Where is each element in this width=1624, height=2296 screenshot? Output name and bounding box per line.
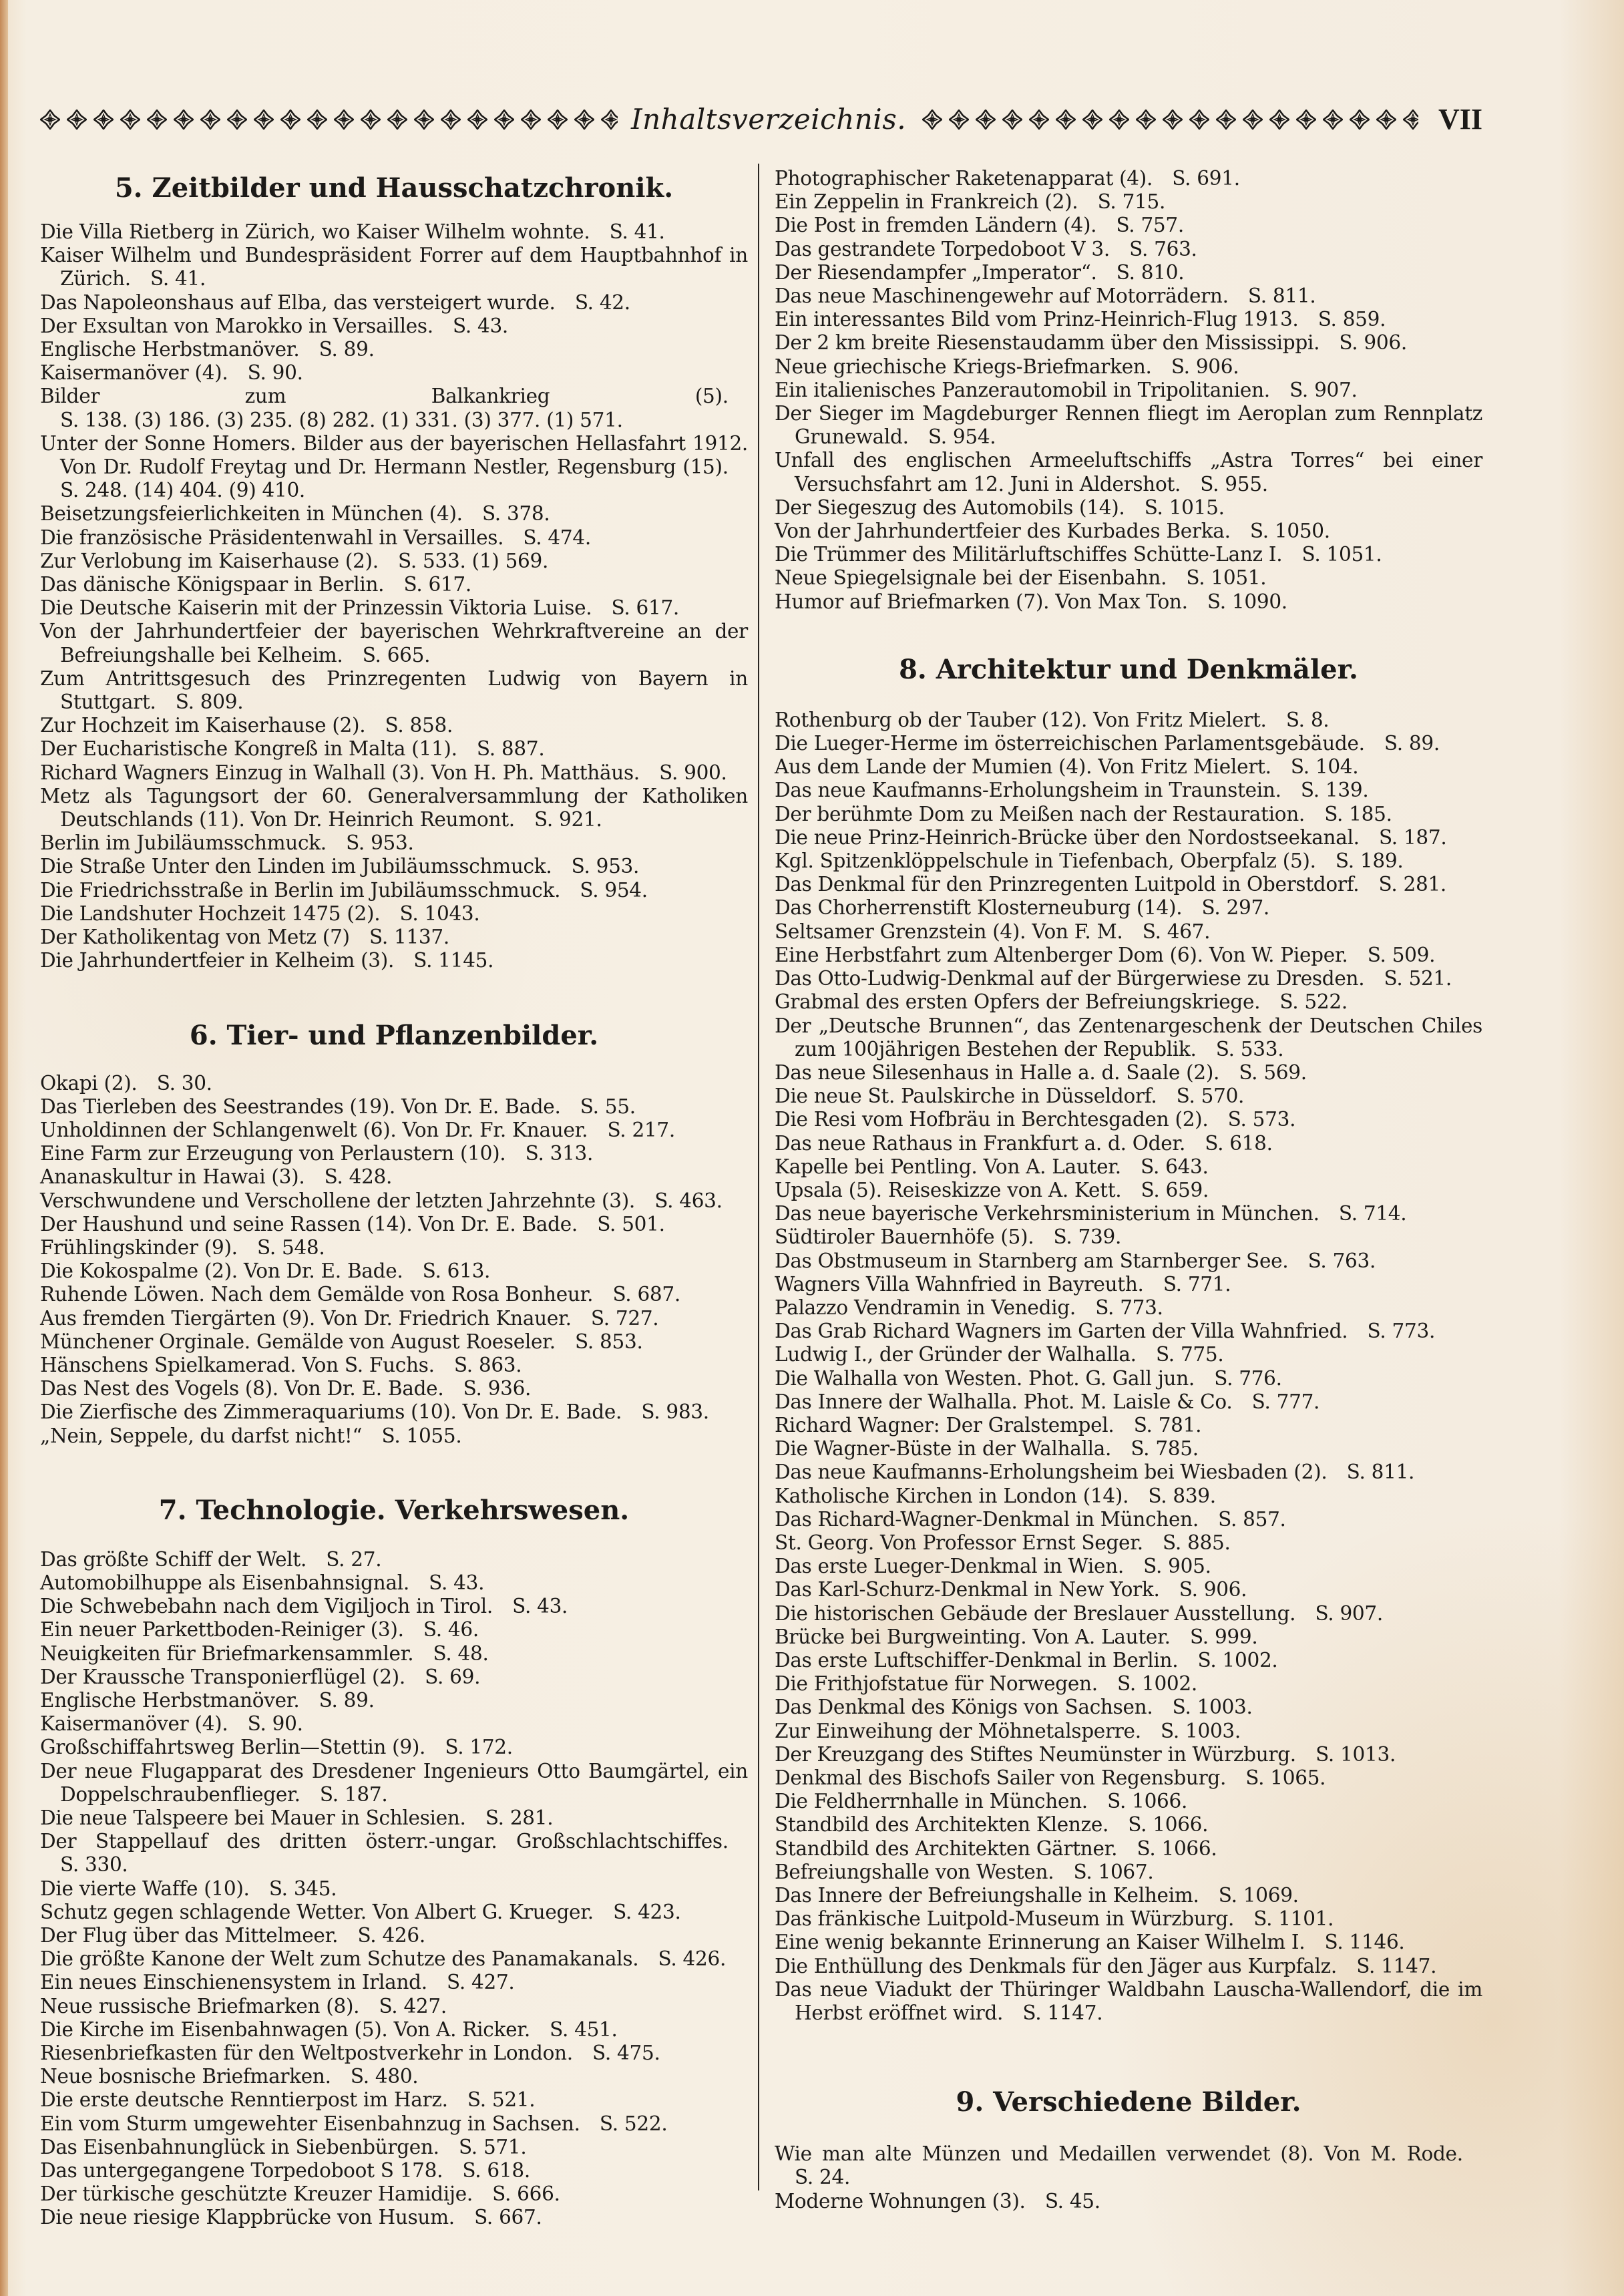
- index-entry: Richard Wagners Einzug in Walhall (3). V…: [40, 761, 748, 785]
- entry-title: Die erste deutsche Renntierpost im Harz.: [40, 2088, 448, 2111]
- entry-page-ref: S. 426.: [357, 1924, 425, 1947]
- index-entry: Das Innere der Befreiungshalle in Kelhei…: [775, 1884, 1482, 1907]
- entry-title: Unfall des englischen Armeeluftschiffs „…: [775, 449, 1482, 495]
- index-entry: Das neue Kaufmanns-Erholungsheim bei Wie…: [775, 1461, 1482, 1484]
- entry-title: Die Walhalla von Westen. Phot. G. Gall j…: [775, 1367, 1195, 1390]
- section-title-5: 5. Zeitbilder und Hausschatzchronik.: [40, 172, 748, 204]
- entry-title: Unter der Sonne Homers. Bilder aus der b…: [40, 432, 748, 478]
- entry-page-ref: S. 715.: [1098, 190, 1166, 213]
- entry-page-ref: S. 936.: [463, 1377, 532, 1400]
- entry-title: Das neue Rathaus in Frankfurt a. d. Oder…: [775, 1132, 1185, 1155]
- index-entry: Richard Wagner: Der Gralstempel. S. 781.: [775, 1414, 1482, 1437]
- index-entry: Ruhende Löwen. Nach dem Gemälde von Rosa…: [40, 1283, 748, 1306]
- right-column: Photographischer Raketenapparat (4). S. …: [775, 167, 1482, 2213]
- entry-title: Das erste Luftschiffer-Denkmal in Berlin…: [775, 1649, 1178, 1672]
- index-entry: Der Katholikentag von Metz (7) S. 1137.: [40, 926, 748, 949]
- entry-title: Seltsamer Grenzstein (4). Von F. M.: [775, 920, 1123, 943]
- index-entry: Neue russische Briefmarken (8). S. 427.: [40, 1995, 748, 2018]
- entry-page-ref: S. 906.: [1339, 331, 1407, 354]
- diamond-ornament-icon: [200, 110, 219, 128]
- entry-page-ref: S. 45.: [1045, 2190, 1100, 2213]
- section-title-7: 7. Technologie. Verkehrswesen.: [40, 1495, 748, 1527]
- entry-page-ref: S. 858.: [385, 714, 453, 737]
- index-entry: Riesenbriefkasten für den Weltpostverkeh…: [40, 2042, 748, 2065]
- entry-title: Katholische Kirchen in London (14).: [775, 1485, 1129, 1507]
- entry-title: Hänschens Spielkamerad. Von S. Fuchs.: [40, 1354, 435, 1376]
- entry-title: Die größte Kanone der Welt zum Schutze d…: [40, 1947, 638, 1970]
- entry-page-ref: S. 954.: [928, 425, 996, 448]
- entry-page-ref: S. 953.: [346, 831, 414, 854]
- entry-title: Das Denkmal des Königs von Sachsen.: [775, 1696, 1153, 1718]
- diamond-ornament-icon: [976, 110, 994, 128]
- index-entry: Die Straße Unter den Linden im Jubiläums…: [40, 855, 748, 878]
- column-divider: [758, 164, 759, 2190]
- entry-title: Die Lueger-Herme im österreichischen Par…: [775, 732, 1365, 755]
- entry-title: Standbild des Architekten Gärtner.: [775, 1837, 1117, 1860]
- entry-title: Grabmal des ersten Opfers der Befreiungs…: [775, 990, 1260, 1013]
- entry-page-ref: S. 281.: [485, 1806, 554, 1829]
- entry-title: Okapi (2).: [40, 1072, 138, 1095]
- entry-page-ref: S. 1051.: [1186, 566, 1266, 589]
- entry-page-ref: S. 187.: [1379, 826, 1447, 849]
- entry-page-ref: S. 90.: [248, 1712, 303, 1735]
- diamond-ornament-icon: [1163, 110, 1181, 128]
- entry-title: Ludwig I., der Gründer der Walhalla.: [775, 1343, 1137, 1366]
- entry-title: Brücke bei Burgweinting. Von A. Lauter.: [775, 1625, 1171, 1648]
- entry-page-ref: S. 885.: [1163, 1531, 1231, 1554]
- entry-title: Verschwundene und Verschollene der letzt…: [40, 1189, 635, 1212]
- section-7-list-continued: Photographischer Raketenapparat (4). S. …: [775, 167, 1482, 614]
- entry-page-ref: S. 1101.: [1253, 1907, 1334, 1930]
- entry-title: Eine Herbstfahrt zum Altenberger Dom (6)…: [775, 944, 1348, 966]
- diamond-ornament-icon: [1376, 110, 1395, 128]
- index-entry: Das neue Rathaus in Frankfurt a. d. Oder…: [775, 1132, 1482, 1155]
- diamond-ornament-icon: [387, 110, 406, 128]
- diamond-ornament-icon: [414, 110, 433, 128]
- entry-title: Das Obstmuseum in Starnberg am Starnberg…: [775, 1250, 1288, 1272]
- entry-title: Die Zierfische des Zimmeraquariums (10).…: [40, 1400, 622, 1423]
- index-entry: Die größte Kanone der Welt zum Schutze d…: [40, 1947, 748, 1971]
- entry-page-ref: S. 89.: [319, 1689, 375, 1712]
- index-entry: Der berühmte Dom zu Meißen nach der Rest…: [775, 803, 1482, 826]
- entry-title: Richard Wagners Einzug in Walhall (3). V…: [40, 761, 640, 784]
- index-entry: Der Haushund und seine Rassen (14). Von …: [40, 1213, 748, 1236]
- entry-page-ref: S. 1002.: [1117, 1672, 1197, 1695]
- entry-page-ref: S. 1043.: [400, 902, 480, 925]
- index-entry: Eine wenig bekannte Erinnerung an Kaiser…: [775, 1931, 1482, 1954]
- entry-page-ref: S. 773.: [1368, 1320, 1436, 1342]
- diamond-ornament-icon: [254, 110, 272, 128]
- diamond-ornament-icon: [93, 110, 112, 128]
- index-entry: Zum Antrittsgesuch des Prinzregenten Lud…: [40, 667, 748, 714]
- entry-title: Die neue riesige Klappbrücke von Husum.: [40, 2206, 455, 2229]
- entry-title: Münchener Orginale. Gemälde von August R…: [40, 1330, 556, 1353]
- entry-page-ref: S. 691.: [1172, 167, 1240, 190]
- index-entry: Von der Jahrhundertfeier der bayerischen…: [40, 620, 748, 666]
- entry-page-ref: S. 501.: [597, 1213, 665, 1235]
- page-edge: [0, 0, 8, 2296]
- entry-title: Zur Einweihung der Möhnetalsperre.: [775, 1720, 1141, 1742]
- entry-title: Frühlingskinder (9).: [40, 1236, 238, 1259]
- section-title-6: 6. Tier- und Pflanzenbilder.: [40, 1020, 748, 1052]
- index-entry: Die Landshuter Hochzeit 1475 (2). S. 104…: [40, 902, 748, 926]
- entry-page-ref: S. 313.: [526, 1142, 594, 1165]
- index-entry: Berlin im Jubiläumsschmuck. S. 953.: [40, 831, 748, 855]
- index-entry: Die Jahrhundertfeier in Kelheim (3). S. …: [40, 949, 748, 972]
- diamond-ornament-icon: [467, 110, 486, 128]
- entry-page-ref: S. 857.: [1218, 1508, 1286, 1531]
- entry-title: Das neue bayerische Verkehrsministerium …: [775, 1202, 1319, 1225]
- entry-title: Die historischen Gebäude der Breslauer A…: [775, 1602, 1295, 1625]
- entry-page-ref: S. 953.: [572, 855, 640, 878]
- index-entry: Wie man alte Münzen und Medaillen verwen…: [775, 2142, 1482, 2189]
- entry-page-ref: S. 659.: [1141, 1179, 1209, 1201]
- entry-page-ref: S. 954.: [580, 879, 648, 902]
- index-entry: Das erste Luftschiffer-Denkmal in Berlin…: [775, 1649, 1482, 1672]
- entry-page-ref: S. 1069.: [1219, 1884, 1299, 1907]
- entry-title: Der Siegeszug des Automobils (14).: [775, 496, 1125, 519]
- entry-page-ref: S. 172.: [445, 1736, 513, 1758]
- entry-title: Der Haushund und seine Rassen (14). Von …: [40, 1213, 578, 1235]
- entry-title: Die Jahrhundertfeier in Kelheim (3).: [40, 949, 394, 972]
- header-ornament-left: [40, 106, 618, 132]
- entry-title: Automobilhuppe als Eisenbahnsignal.: [40, 1571, 409, 1594]
- entry-page-ref: S. 533. (1) 569.: [398, 550, 548, 572]
- entry-title: Aus fremden Tiergärten (9). Von Dr. Frie…: [40, 1307, 572, 1330]
- entry-page-ref: S. 853.: [575, 1330, 643, 1353]
- entry-title: Der Katholikentag von Metz (7): [40, 926, 350, 948]
- index-entry: Die neue Prinz-Heinrich-Brücke über den …: [775, 826, 1482, 849]
- entry-page-ref: S. 617.: [612, 596, 680, 619]
- index-entry: Das neue Kaufmanns-Erholungsheim in Trau…: [775, 779, 1482, 802]
- index-entry: Die Wagner-Büste in der Walhalla. S. 785…: [775, 1437, 1482, 1461]
- entry-title: Die Straße Unter den Linden im Jubiläums…: [40, 855, 552, 878]
- entry-title: Berlin im Jubiläumsschmuck.: [40, 831, 327, 854]
- diamond-ornament-icon: [1056, 110, 1074, 128]
- index-entry: Ein interessantes Bild vom Prinz-Heinric…: [775, 308, 1482, 331]
- index-entry: Bilder zum Balkankrieg (5). S. 138. (3) …: [40, 385, 748, 431]
- entry-page-ref: S. 1003.: [1173, 1696, 1253, 1718]
- entry-title: Eine wenig bekannte Erinnerung an Kaiser…: [775, 1931, 1305, 1953]
- entry-title: Neuigkeiten für Briefmarkensammler.: [40, 1642, 413, 1665]
- entry-title: Die Resi vom Hofbräu in Berchtesgaden (2…: [775, 1108, 1208, 1131]
- entry-title: Das größte Schiff der Welt.: [40, 1548, 307, 1571]
- index-entry: Kaisermanöver (4). S. 90.: [40, 361, 748, 385]
- entry-title: Die Enthüllung des Denkmals für den Jäge…: [775, 1955, 1337, 1977]
- diamond-ornament-icon: [334, 110, 353, 128]
- index-entry: Das Obstmuseum in Starnberg am Starnberg…: [775, 1250, 1482, 1273]
- entry-title: Von der Jahrhundertfeier des Kurbades Be…: [775, 520, 1231, 542]
- entry-title: Das dänische Königspaar in Berlin.: [40, 573, 384, 596]
- entry-page-ref: S. 773.: [1095, 1296, 1163, 1319]
- index-entry: Großschiffahrtsweg Berlin—Stettin (9). S…: [40, 1736, 748, 1759]
- index-entry: Verschwundene und Verschollene der letzt…: [40, 1189, 748, 1213]
- entry-page-ref: S. 810.: [1116, 261, 1185, 284]
- entry-title: Der Sieger im Magdeburger Rennen fliegt …: [775, 402, 1482, 448]
- entry-page-ref: S. 89.: [319, 338, 375, 361]
- entry-page-ref: S. 955.: [1200, 473, 1268, 496]
- index-entry: Der Riesendampfer „Imperator“. S. 810.: [775, 261, 1482, 284]
- index-entry: Hänschens Spielkamerad. Von S. Fuchs. S.…: [40, 1354, 748, 1377]
- entry-title: Das Karl-Schurz-Denkmal in New York.: [775, 1578, 1160, 1601]
- entry-page-ref: S. 776.: [1214, 1367, 1282, 1390]
- entry-title: Schutz gegen schlagende Wetter. Von Albe…: [40, 1901, 594, 1923]
- entry-title: Rothenburg ob der Tauber (12). Von Fritz…: [775, 709, 1267, 731]
- entry-page-ref: S. 48.: [433, 1642, 489, 1665]
- section-title-9: 9. Verschiedene Bilder.: [775, 2086, 1482, 2118]
- entry-page-ref: S. 30.: [157, 1072, 212, 1095]
- entry-title: Der Riesendampfer „Imperator“.: [775, 261, 1097, 284]
- index-entry: „Nein, Seppele, du darfst nicht!“ S. 105…: [40, 1424, 748, 1448]
- index-entry: Das größte Schiff der Welt. S. 27.: [40, 1548, 748, 1571]
- entry-page-ref: S. 859.: [1318, 308, 1386, 331]
- entry-page-ref: S. 811.: [1248, 284, 1316, 307]
- index-entry: Die Trümmer des Militärluftschiffes Schü…: [775, 543, 1482, 566]
- diamond-ornament-icon: [1002, 110, 1021, 128]
- entry-page-ref: S. 43.: [429, 1571, 484, 1594]
- index-entry: Die neue St. Paulskirche in Düsseldorf. …: [775, 1085, 1482, 1108]
- entry-title: Ruhende Löwen. Nach dem Gemälde von Rosa…: [40, 1283, 593, 1306]
- entry-page-ref: S. 1015.: [1145, 496, 1225, 519]
- header-title: Inhaltsverzeichnis.: [631, 103, 906, 136]
- diamond-ornament-icon: [494, 110, 513, 128]
- index-entry: Die Resi vom Hofbräu in Berchtesgaden (2…: [775, 1108, 1482, 1131]
- entry-title: Die Kirche im Eisenbahnwagen (5). Von A.…: [40, 2018, 530, 2041]
- entry-title: Die Landshuter Hochzeit 1475 (2).: [40, 902, 380, 925]
- index-entry: Die historischen Gebäude der Breslauer A…: [775, 1602, 1482, 1625]
- entry-page-ref: S. 771.: [1163, 1273, 1231, 1296]
- entry-title: Der Exsultan von Marokko in Versailles.: [40, 315, 433, 337]
- entry-page-ref: S. 41.: [150, 267, 206, 290]
- diamond-ornament-icon: [1243, 110, 1261, 128]
- entry-title: Das neue Silesenhaus in Halle a. d. Saal…: [775, 1061, 1219, 1084]
- index-entry: Automobilhuppe als Eisenbahnsignal. S. 4…: [40, 1571, 748, 1595]
- index-entry: Die Walhalla von Westen. Phot. G. Gall j…: [775, 1367, 1482, 1390]
- entry-title: Das Innere der Walhalla. Phot. M. Laisle…: [775, 1390, 1232, 1413]
- section-7-list: Das größte Schiff der Welt. S. 27.Automo…: [40, 1548, 748, 2230]
- diamond-ornament-icon: [1403, 110, 1418, 128]
- index-entry: Der türkische geschützte Kreuzer Hamidij…: [40, 2182, 748, 2206]
- entry-title: Photographischer Raketenapparat (4).: [775, 167, 1153, 190]
- entry-title: Der Kreuzgang des Stiftes Neumünster in …: [775, 1743, 1296, 1766]
- entry-title: Die neue Talspeere bei Mauer in Schlesie…: [40, 1806, 466, 1829]
- entry-page-ref: S. 428.: [325, 1165, 393, 1188]
- entry-title: Die vierte Waffe (10).: [40, 1877, 250, 1900]
- entry-title: Die Trümmer des Militärluftschiffes Schü…: [775, 543, 1282, 566]
- index-entry: Neue bosnische Briefmarken. S. 480.: [40, 2065, 748, 2088]
- diamond-ornament-icon: [120, 110, 139, 128]
- index-entry: Ananaskultur in Hawai (3). S. 428.: [40, 1165, 748, 1189]
- entry-page-ref: S. 42.: [575, 291, 630, 314]
- entry-page-ref: S. 921.: [534, 808, 602, 831]
- entry-title: Das Richard-Wagner-Denkmal in München.: [775, 1508, 1199, 1531]
- index-entry: Die Enthüllung des Denkmals für den Jäge…: [775, 1955, 1482, 1978]
- diamond-ornament-icon: [574, 110, 593, 128]
- entry-page-ref: S. 480.: [351, 2065, 419, 2088]
- entry-page-ref: S. 1055.: [381, 1424, 461, 1447]
- entry-page-ref: S. 666.: [492, 2182, 560, 2205]
- index-entry: Schutz gegen schlagende Wetter. Von Albe…: [40, 1901, 748, 1924]
- index-entry: Neue Spiegelsignale bei der Eisenbahn. S…: [775, 566, 1482, 590]
- index-entry: Katholische Kirchen in London (14). S. 8…: [775, 1485, 1482, 1508]
- entry-title: Der neue Flugapparat des Dresdener Ingen…: [40, 1760, 748, 1806]
- diamond-ornament-icon: [147, 110, 166, 128]
- entry-title: Kaiser Wilhelm und Bundespräsident Forre…: [40, 244, 748, 290]
- entry-page-ref: S. 1147.: [1022, 2001, 1102, 2024]
- entry-title: Die Frithjofstatue für Norwegen.: [775, 1672, 1098, 1695]
- entry-page-ref: S. 613.: [423, 1260, 491, 1282]
- entry-title: Eine Farm zur Erzeugung von Perlaustern …: [40, 1142, 505, 1165]
- entry-title: Das Innere der Befreiungshalle in Kelhei…: [775, 1884, 1199, 1907]
- entry-page-ref: S. 548.: [257, 1236, 325, 1259]
- diamond-ornament-icon: [361, 110, 379, 128]
- entry-page-ref: S. 1051.: [1302, 543, 1382, 566]
- index-entry: Die Zierfische des Zimmeraquariums (10).…: [40, 1400, 748, 1424]
- index-entry: Der Sieger im Magdeburger Rennen fliegt …: [775, 402, 1482, 449]
- entry-page-ref: S. 809.: [176, 691, 244, 713]
- header-ornament-right: [922, 106, 1418, 132]
- entry-page-ref: S. 521.: [467, 2088, 536, 2111]
- entry-title: Englische Herbstmanöver.: [40, 338, 299, 361]
- index-entry: Der Kraussche Transponierflügel (2). S. …: [40, 1666, 748, 1689]
- entry-title: Das Denkmal für den Prinzregenten Luitpo…: [775, 873, 1359, 896]
- index-entry: Unter der Sonne Homers. Bilder aus der b…: [40, 432, 748, 503]
- entry-page-ref: S. 785.: [1131, 1437, 1199, 1460]
- index-entry: Befreiungshalle von Westen. S. 1067.: [775, 1861, 1482, 1884]
- entry-page-ref: S. 139.: [1301, 779, 1369, 801]
- index-entry: Ein Zeppelin in Frankreich (2). S. 715.: [775, 190, 1482, 214]
- entry-page-ref: S. 714.: [1339, 1202, 1407, 1225]
- index-entry: Das Richard-Wagner-Denkmal in München. S…: [775, 1508, 1482, 1531]
- diamond-ornament-icon: [1082, 110, 1101, 128]
- running-header: Inhaltsverzeichnis. VII: [40, 100, 1482, 138]
- index-entry: Das Innere der Walhalla. Phot. M. Laisle…: [775, 1390, 1482, 1414]
- index-entry: Neue griechische Kriegs-Briefmarken. S. …: [775, 355, 1482, 379]
- entry-page-ref: S. 467.: [1143, 920, 1211, 943]
- index-entry: Moderne Wohnungen (3). S. 45.: [775, 2190, 1482, 2213]
- index-entry: Palazzo Vendramin in Venedig. S. 773.: [775, 1296, 1482, 1320]
- entry-page-ref: S. 1146.: [1325, 1931, 1405, 1953]
- diamond-ornament-icon: [307, 110, 326, 128]
- entry-title: Wie man alte Münzen und Medaillen verwen…: [775, 2142, 1463, 2165]
- index-entry: Ein italienisches Panzerautomobil in Tri…: [775, 379, 1482, 402]
- index-entry: Die Feldherrnhalle in München. S. 1066.: [775, 1790, 1482, 1813]
- index-entry: Das Denkmal für den Prinzregenten Luitpo…: [775, 873, 1482, 896]
- index-entry: Der Siegeszug des Automobils (14). S. 10…: [775, 496, 1482, 520]
- index-entry: Der Flug über das Mittelmeer. S. 426.: [40, 1924, 748, 1947]
- entry-title: Das erste Lueger-Denkmal in Wien.: [775, 1555, 1124, 1577]
- index-entry: Ein vom Sturm umgewehter Eisenbahnzug in…: [40, 2112, 748, 2136]
- entry-title: Das Chorherrenstift Klosterneuburg (14).: [775, 896, 1182, 919]
- index-entry: Unholdinnen der Schlangenwelt (6). Von D…: [40, 1119, 748, 1142]
- entry-page-ref: S. 378.: [482, 502, 550, 525]
- entry-title: Kaisermanöver (4).: [40, 361, 228, 384]
- entry-page-ref: S. 474.: [523, 526, 591, 549]
- entry-title: Das gestrandete Torpedoboot V 3.: [775, 238, 1110, 260]
- entry-page-ref: S. 522.: [600, 2112, 668, 2135]
- entry-page-ref: S. 1147.: [1356, 1955, 1436, 1977]
- index-entry: Ein neuer Parkettboden-Reiniger (3). S. …: [40, 1618, 748, 1642]
- entry-page-ref: S. 900.: [659, 761, 727, 784]
- index-entry: Das erste Lueger-Denkmal in Wien. S. 905…: [775, 1555, 1482, 1578]
- index-entry: Seltsamer Grenzstein (4). Von F. M. S. 4…: [775, 920, 1482, 944]
- index-entry: Die neue riesige Klappbrücke von Husum. …: [40, 2206, 748, 2229]
- index-entry: Unfall des englischen Armeeluftschiffs „…: [775, 449, 1482, 496]
- entry-title: Die Feldherrnhalle in München.: [775, 1790, 1088, 1812]
- index-entry: Rothenburg ob der Tauber (12). Von Fritz…: [775, 709, 1482, 732]
- entry-title: Ein italienisches Panzerautomobil in Tri…: [775, 379, 1270, 401]
- entry-title: Ein neuer Parkettboden-Reiniger (3).: [40, 1618, 404, 1641]
- entry-page-ref: S. 811.: [1347, 1461, 1415, 1483]
- index-entry: Die erste deutsche Renntierpost im Harz.…: [40, 2088, 748, 2112]
- index-entry: Ludwig I., der Gründer der Walhalla. S. …: [775, 1343, 1482, 1366]
- entry-page-ref: S. 907.: [1289, 379, 1358, 401]
- entry-page-ref: S. 907.: [1315, 1602, 1383, 1625]
- index-entry: Kaisermanöver (4). S. 90.: [40, 1712, 748, 1736]
- entry-page-ref: S. 69.: [425, 1666, 480, 1688]
- entry-page-ref: S. 777.: [1252, 1390, 1320, 1413]
- entry-title: Südtiroler Bauernhöfe (5).: [775, 1225, 1034, 1248]
- entry-title: Neue bosnische Briefmarken.: [40, 2065, 331, 2088]
- entry-page-ref: S. 757.: [1116, 214, 1184, 236]
- entry-title: Kapelle bei Pentling. Von A. Lauter.: [775, 1155, 1121, 1178]
- index-entry: Denkmal des Bischofs Sailer von Regensbu…: [775, 1766, 1482, 1790]
- entry-title: Der Kraussche Transponierflügel (2).: [40, 1666, 405, 1688]
- entry-page-ref: S. 475.: [592, 2042, 660, 2064]
- entry-page-ref: S. 533.: [1216, 1038, 1284, 1061]
- entry-page-ref: S. 426.: [658, 1947, 727, 1970]
- entry-title: St. Georg. Von Professor Ernst Seger.: [775, 1531, 1143, 1554]
- index-entry: Das Otto-Ludwig-Denkmal auf der Bürgerwi…: [775, 967, 1482, 990]
- entry-page-ref: S. 217.: [607, 1119, 675, 1141]
- index-entry: Zur Hochzeit im Kaiserhause (2). S. 858.: [40, 714, 748, 737]
- entry-page-ref: S. 185.: [1324, 803, 1392, 825]
- index-entry: Das gestrandete Torpedoboot V 3. S. 763.: [775, 238, 1482, 261]
- entry-title: Das Grab Richard Wagners im Garten der V…: [775, 1320, 1348, 1342]
- diamond-ornament-icon: [1350, 110, 1368, 128]
- entry-page-ref: S. 667.: [474, 2206, 542, 2229]
- index-entry: Der Kreuzgang des Stiftes Neumünster in …: [775, 1743, 1482, 1766]
- entry-page-ref: S. 423.: [613, 1901, 681, 1923]
- index-entry: Humor auf Briefmarken (7). Von Max Ton. …: [775, 590, 1482, 614]
- entry-title: „Nein, Seppele, du darfst nicht!“: [40, 1424, 362, 1447]
- index-entry: Der „Deutsche Brunnen“, das Zentenargesc…: [775, 1014, 1482, 1061]
- entry-title: Aus dem Lande der Mumien (4). Von Fritz …: [775, 755, 1271, 778]
- index-entry: Photographischer Raketenapparat (4). S. …: [775, 167, 1482, 190]
- section-5-list: Die Villa Rietberg in Zürich, wo Kaiser …: [40, 220, 748, 973]
- entry-page-ref: S. 345.: [269, 1877, 337, 1900]
- entry-title: Das Napoleonshaus auf Elba, das versteig…: [40, 291, 556, 314]
- diamond-ornament-icon: [174, 110, 192, 128]
- diamond-ornament-icon: [40, 110, 59, 128]
- entry-title: Die Schwebebahn nach dem Vigiljoch in Ti…: [40, 1595, 493, 1617]
- section-title-8: 8. Architektur und Denkmäler.: [775, 654, 1482, 686]
- index-entry: Eine Farm zur Erzeugung von Perlaustern …: [40, 1142, 748, 1165]
- index-entry: Die Kokospalme (2). Von Dr. E. Bade. S. …: [40, 1260, 748, 1283]
- page-number: VII: [1438, 102, 1482, 136]
- entry-page-ref: S. 427.: [447, 1971, 515, 1993]
- entry-page-ref: S. 1066.: [1107, 1790, 1187, 1812]
- diamond-ornament-icon: [1216, 110, 1235, 128]
- entry-title: Moderne Wohnungen (3).: [775, 2190, 1026, 2213]
- diamond-ornament-icon: [67, 110, 85, 128]
- entry-page-ref: S. 573.: [1228, 1108, 1296, 1131]
- entry-page-ref: S. 781.: [1134, 1414, 1202, 1437]
- entry-title: Wagners Villa Wahnfried in Bayreuth.: [775, 1273, 1144, 1296]
- index-entry: Ein neues Einschienensystem in Irland. S…: [40, 1971, 748, 1994]
- entry-title: Die neue St. Paulskirche in Düsseldorf.: [775, 1085, 1157, 1107]
- index-entry: Beisetzungsfeierlichkeiten in München (4…: [40, 502, 748, 526]
